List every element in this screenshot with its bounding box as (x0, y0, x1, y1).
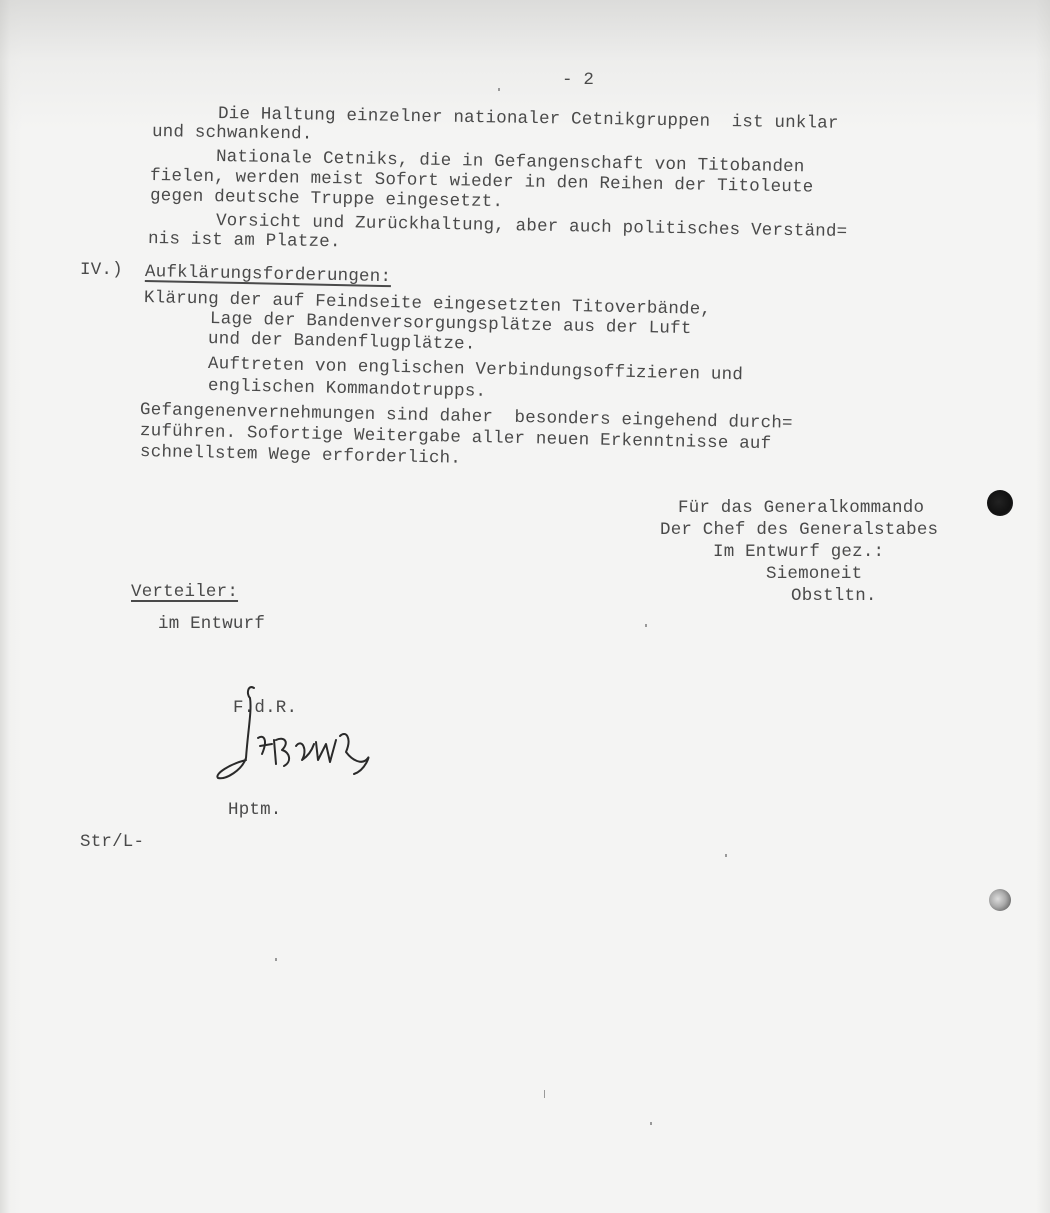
paragraph-line: nis ist am Platze. (148, 231, 341, 252)
signature-line-3: Im Entwurf gez.: (713, 544, 884, 562)
speck (544, 1090, 545, 1098)
section-number: IV.) (80, 262, 123, 280)
section-line: und der Bandenflugplätze. (208, 331, 476, 354)
signature-line-1: Für das Generalkommando (678, 500, 924, 518)
speck (725, 854, 727, 857)
document-page: - 2 Die Haltung einzelner nationaler Cet… (0, 0, 1050, 1213)
punch-hole-icon (987, 490, 1013, 516)
speck (275, 958, 277, 961)
speck (498, 88, 500, 91)
page-number: - 2 (562, 72, 594, 90)
paragraph-line: gegen deutsche Truppe eingesetzt. (150, 188, 503, 212)
certification-rank: Hptm. (228, 802, 282, 820)
section-line: englischen Kommandotrupps. (208, 378, 487, 401)
section-line: schnellstem Wege erforderlich. (140, 444, 461, 468)
signatory-rank: Obstltn. (791, 588, 877, 606)
distribution-label: Verteiler: (131, 584, 238, 602)
speck (645, 624, 647, 627)
speck (650, 1122, 652, 1125)
handwritten-signature-icon (212, 680, 382, 800)
distribution-value: im Entwurf (158, 616, 265, 634)
signatory-name: Siemoneit (766, 566, 862, 584)
section-heading: Aufklärungsforderungen: (145, 264, 391, 287)
paragraph-line: und schwankend. (152, 124, 313, 144)
punch-hole-icon (989, 889, 1011, 911)
signature-line-2: Der Chef des Generalstabes (660, 522, 938, 540)
reference-code: Str/L- (80, 834, 144, 852)
